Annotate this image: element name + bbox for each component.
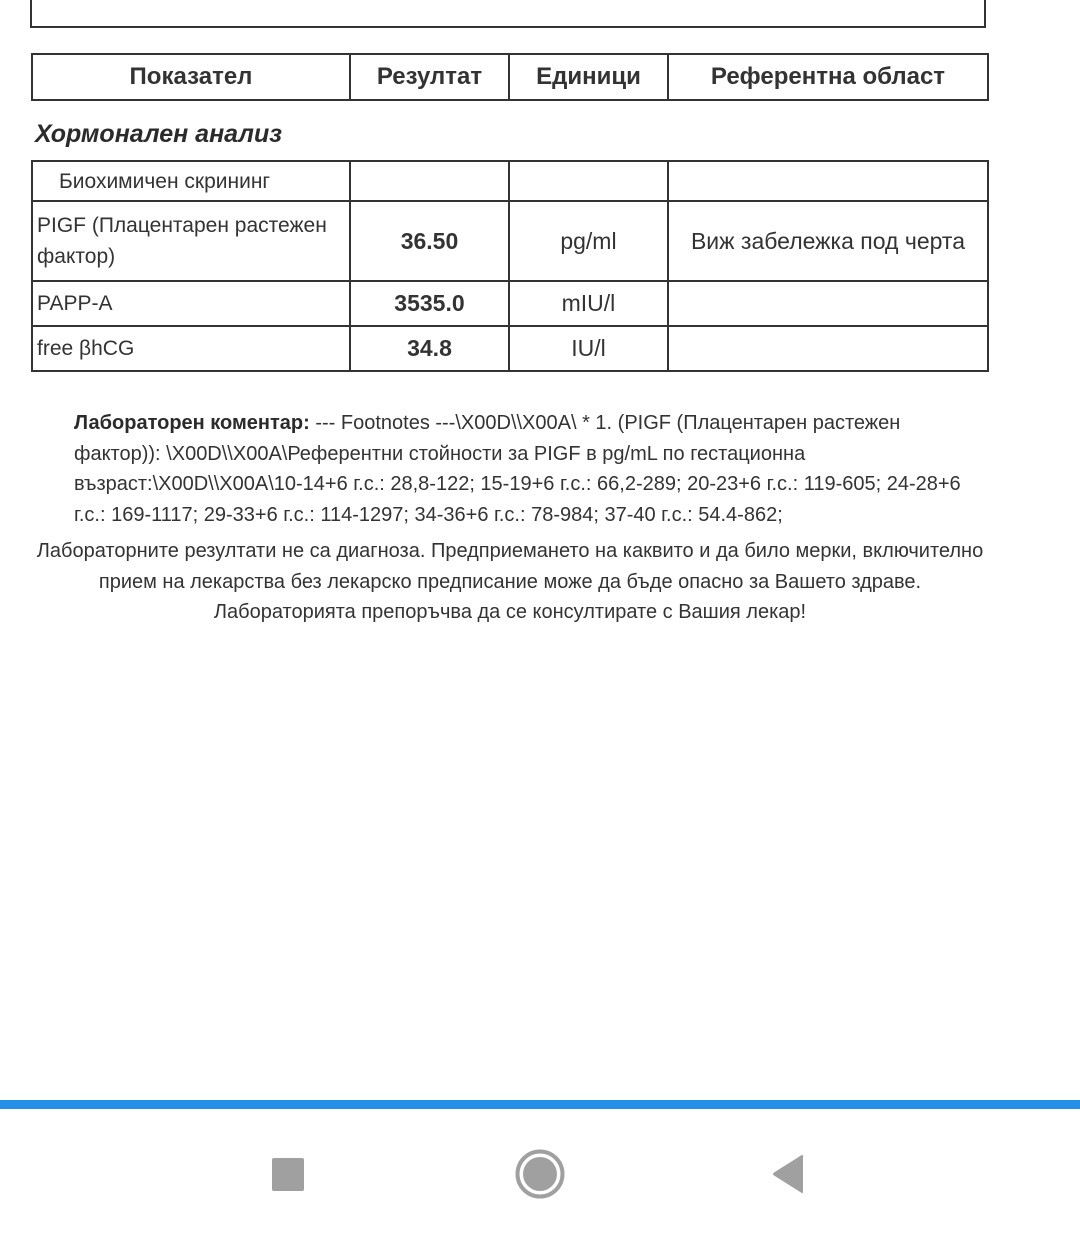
disclaimer-text: Лабораторните резултати не са диагноза. … [30, 536, 990, 628]
lab-comment: Лабораторен коментар: --- Footnotes ---\… [74, 408, 984, 530]
circle-home-icon [515, 1149, 565, 1199]
header-units: Единици [509, 54, 668, 100]
table-row-subsection: Биохимичен скрининг [32, 161, 988, 201]
lab-comment-label: Лабораторен коментар: [74, 412, 310, 434]
empty-cell [509, 161, 668, 201]
reference-range [668, 326, 988, 371]
reference-range [668, 281, 988, 326]
result-value: 3535.0 [350, 281, 509, 326]
home-button[interactable] [510, 1149, 570, 1199]
table-row: PAPP-A 3535.0 mIU/l [32, 281, 988, 326]
empty-cell [350, 161, 509, 201]
recent-apps-button[interactable] [258, 1149, 318, 1199]
result-value: 34.8 [350, 326, 509, 371]
unit-value: IU/l [509, 326, 668, 371]
result-value: 36.50 [350, 201, 509, 281]
table-row: PIGF (Плацентарен растежен фактор) 36.50… [32, 201, 988, 281]
results-table: Биохимичен скрининг PIGF (Плацентарен ра… [31, 160, 989, 372]
lab-report-document: №. 8138460, PID: 126346 Дата: 08.11.2022… [0, 0, 1080, 1100]
results-table-header: Показател Резултат Единици Референтна об… [31, 53, 989, 101]
back-button[interactable] [758, 1149, 818, 1199]
empty-cell [668, 161, 988, 201]
header-indicator: Показател [32, 54, 350, 100]
android-navigation-bar [0, 1109, 1080, 1239]
indicator-name: PIGF (Плацентарен растежен фактор) [32, 201, 350, 281]
table-row: free βhCG 34.8 IU/l [32, 326, 988, 371]
section-title: Хормонален анализ [35, 120, 282, 149]
unit-value: mIU/l [509, 281, 668, 326]
triangle-back-icon [768, 1154, 808, 1194]
unit-value: pg/ml [509, 201, 668, 281]
indicator-name: PAPP-A [32, 281, 350, 326]
square-recent-apps-icon [272, 1158, 304, 1191]
indicator-name: free βhCG [32, 326, 350, 371]
header-result: Резултат [350, 54, 509, 100]
subsection-label: Биохимичен скрининг [32, 161, 350, 201]
patient-info-box: №. 8138460, PID: 126346 Дата: 08.11.2022… [30, 0, 986, 28]
reference-range: Виж забележка под черта [668, 201, 988, 281]
header-reference: Референтна област [668, 54, 988, 100]
page-progress-line [0, 1100, 1080, 1109]
